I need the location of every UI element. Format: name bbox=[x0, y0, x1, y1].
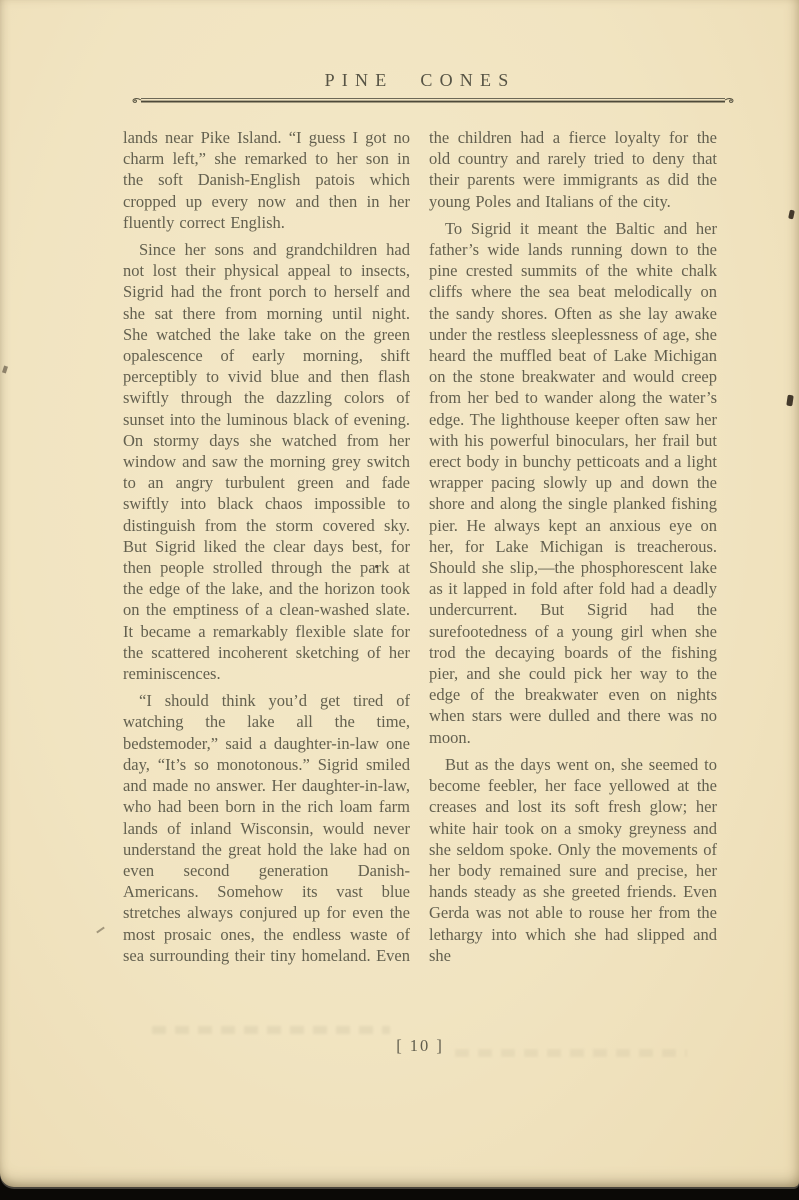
scan-speck bbox=[788, 210, 795, 220]
book-page: PINE CONES lands near Pike Island. “I gu… bbox=[0, 0, 799, 1187]
body-paragraph: “I should think you’d get tired of watch… bbox=[123, 690, 410, 966]
header-rule-ornament bbox=[125, 96, 741, 106]
text-column-left: lands near Pike Island. “I guess I got n… bbox=[123, 127, 410, 966]
scan-background: PINE CONES lands near Pike Island. “I gu… bbox=[0, 0, 799, 1200]
text-column-right: the children had a fierce loyalty for th… bbox=[429, 127, 717, 966]
running-head: PINE CONES bbox=[123, 70, 717, 91]
scan-speck bbox=[96, 927, 105, 934]
scan-speck bbox=[2, 366, 8, 374]
scan-speck bbox=[375, 565, 378, 568]
body-paragraph: Since her sons and grandchildren had not… bbox=[123, 239, 410, 684]
show-through-text bbox=[152, 1026, 390, 1034]
body-paragraph: the children had a fierce loyalty for th… bbox=[429, 127, 717, 212]
scan-speck bbox=[786, 395, 793, 407]
body-paragraph: lands near Pike Island. “I guess I got n… bbox=[123, 127, 410, 233]
header-rule bbox=[125, 96, 741, 106]
body-paragraph: But as the days went on, she seemed to b… bbox=[429, 754, 717, 966]
body-paragraph: To Sigrid it meant the Baltic and her fa… bbox=[429, 218, 717, 748]
show-through-text bbox=[455, 1049, 687, 1057]
